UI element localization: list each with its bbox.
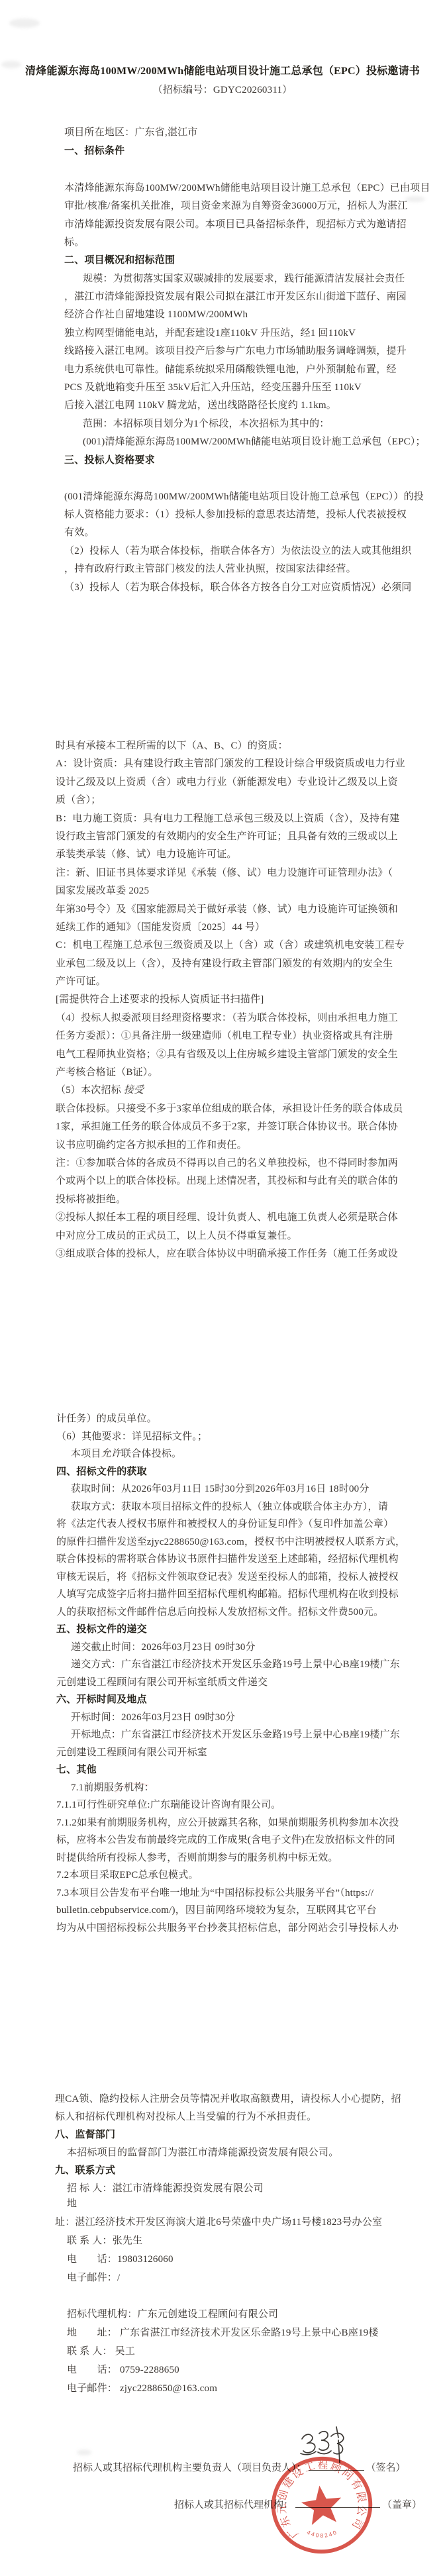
document-line: 范围：本招标项目划分为1个标段，本次招标为其中的：: [83, 418, 330, 431]
document-line: （2）投标人（若为联合体投标，指联合体各方）为依法设立的法人或其他组织: [64, 545, 412, 558]
document-line: 7.1.1可行性研究单位:广东瑞能设计咨询有限公司。: [56, 1799, 281, 1812]
document-line: 审核无误后，将《招标文件领取登记表》发送至投标人的邮箱，投标人被授权: [56, 1571, 399, 1584]
document-line: ③组成联合体的投标人，应在联合体协议中明确承接工作任务（施工任务或设: [56, 1248, 398, 1261]
document-line: 经济合作社自留地建设 1100MW/200MWh: [64, 309, 248, 321]
document-line: 址：湛江经济技术开发区海滨大道北6号荣盛中央广场11号楼1823号办公室: [55, 2216, 382, 2229]
document-line: （6）其他要求：详见招标文件。；: [56, 1431, 207, 1443]
document-line: 线路接入湛江电网。该项目投产后参与广东电力市场辅助服务调峰调频，提升: [64, 345, 407, 358]
document-line: 7.3本项目公告发布平台唯一地址为“中国招标投标公共服务平台”（https://: [56, 1887, 373, 1900]
document-line: 延续工作的通知》（国能发资质〔2025〕44 号）: [56, 921, 265, 934]
document-line: 标人和招标代理机构对投标人上当受骗的行为不承担责任。: [55, 2111, 317, 2124]
document-line: 产许可证。: [56, 976, 106, 988]
document-line: 地: [67, 2198, 77, 2210]
company-seal: 广东元创建设工程顾问有限公司 4408240: [259, 2442, 384, 2567]
document-line: 1家，承担施工任务的联合体成员不多于2家，并签订联合体协议书。联合体协: [56, 1121, 398, 1133]
document-line: ②投标人拟任本工程的项目经理、设计负责人、机电施工负责人必须是联合体: [56, 1211, 398, 1224]
document-line: 市清烽能源投资发展有限公司。本项目已具备招标条件，现招标方式为邀请招: [64, 219, 407, 231]
document-line: 后接入湛江电网 110kV 腾龙站，送出线路路径长度约 1.1km。: [64, 399, 336, 412]
document-line: 质（含）；: [56, 794, 101, 807]
document-line: 电 话：19803126060: [67, 2253, 173, 2266]
document-line: （3）投标人（若为联合体投标，联合体各方按各自分工对应资质情况）必须同: [64, 582, 412, 594]
document-line: ，湛江市清烽能源投资发展有限公司拟在湛江市开发区东山街道下蓝仔、南园: [64, 291, 407, 303]
document-line: 设行政主管部门颁发的有效期内的安全生产许可证；且具备有效的三级或以上: [56, 831, 398, 843]
document-line: 联 系 人：张先生: [67, 2235, 142, 2247]
document-line: 递交截止时间：2026年03月23日 09时30分: [71, 1641, 256, 1654]
document-line: 投标将被拒绝。: [56, 1194, 126, 1206]
document-line: 审批/核准/备案机关批准，项目资金来源为自筹资金36000万元，招标人为湛江: [64, 200, 407, 213]
document-line: 均为从中国招标投标公共服务平台抄袭其招标信息，部分网站会引导投标人办: [56, 1922, 399, 1935]
document-line: 产考核合格证（B证）。: [56, 1066, 158, 1079]
document-line: 将《法定代表人授权书原件和被授权人的身份证复印件》（复印件加盖公章）: [56, 1518, 393, 1531]
document-line: （招标编号：GDYC20260311）: [0, 84, 445, 97]
document-line: （5）本次招标 接受: [56, 1084, 144, 1097]
document-line: 7.2本项目采取EPC总承包模式。: [56, 1869, 199, 1882]
document-line: (001)清烽能源东海岛100MW/200MWh储能电站项目设计施工总承包（EP…: [83, 436, 426, 448]
document-line: 标，应将本公告发布前最终完成的工作成果(含电子文件)在发放招标文件的同: [56, 1834, 395, 1847]
document-line: 递交方式：广东省湛江市经济技术开发区乐金路19号上景中心B座19楼广东: [71, 1659, 400, 1671]
document-line: B：电力施工资质：具有电力工程施工总承包三级及以上资质（含），及持有建: [56, 813, 400, 825]
document-line: 年第30号令）及《国家能源局关于做好承装（修、试）电力设施许可证换领和: [56, 903, 398, 916]
document-line: 国家发展改革委 2025: [56, 885, 149, 898]
document-line: 承装类承装（修、试）电力设施许可证。: [56, 849, 237, 861]
document-line: 元创建设工程顾问有限公司开标室纸质文件递交: [56, 1676, 268, 1689]
document-line: 7.1前期服务机构：: [71, 1782, 154, 1794]
document-line: 个或两个以上的联合体投标。出现上述情况者，其投标和与此有关的联合体的: [56, 1175, 398, 1188]
document-line: 独立构网型储能电站，并配套建设1座110kV 升压站，经1 回110kV: [64, 327, 356, 340]
document-line: 一、招标条件: [64, 145, 124, 158]
seal-star-icon: [299, 2483, 344, 2526]
document-line: 本招标项目的监督部门为湛江市清烽能源投资发展有限公司。: [67, 2147, 338, 2159]
document-line: 地 址： 广东省湛江市经济技术开发区乐金路19号上景中心B座19楼: [67, 2327, 379, 2340]
document-line: 五、投标文件的递交: [56, 1623, 147, 1636]
document-line: 招 标 人：湛江市清烽能源投资发展有限公司: [67, 2183, 264, 2195]
document-line: 电气工程师执业资格；②具有省级及以上住房城乡建设主管部门颁发的安全生: [56, 1049, 398, 1061]
document-line: 六、开标时间及地点: [56, 1694, 147, 1706]
document-line: 元创建设工程顾问有限公司开标室: [56, 1747, 207, 1759]
document-line: bulletin.cebpubservice.com/)，因目前网络环境较为复杂…: [56, 1904, 377, 1917]
document-line: 规模：为贯彻落实国家双碳减排的发展要求，践行能源清洁发展社会责任: [83, 273, 405, 285]
seal-code-text: 4408240: [305, 2525, 339, 2541]
document-line: 招标代理机构：广东元创建设工程顾问有限公司: [67, 2308, 278, 2321]
document-line: 二、项目概况和招标范围: [64, 254, 175, 267]
document-line: 电子邮件： zjyc2288650@163.com: [67, 2383, 217, 2395]
document-line: 理CA锁、隐约投标人注册会员等情况并收取高额费用，请投标人小心提防，招: [55, 2093, 401, 2106]
document-line: 开标地点：广东省湛江市经济技术开发区乐金路19号上景中心B座19楼广东: [71, 1729, 400, 1741]
document-line: 联合体投标的需将联合体协议书原件扫描件发送至上述邮箱，经招标代理机构: [56, 1553, 399, 1566]
document-line: A：设计资质：具有建设行政主管部门颁发的工程设计综合甲级资质或电力行业: [56, 758, 405, 770]
document-line: 人填写完成签字后将扫描件回至招标代理机构邮箱。招标代理机构在收到投标: [56, 1588, 399, 1601]
document-line: [需提供符合上述要求的投标人资质证书扫描件]: [56, 994, 264, 1006]
document-line: 联合体投标。只接受不多于3家单位组成的联合体，承担设计任务的联合体成员: [56, 1103, 403, 1115]
document-line: 电子邮件：/: [67, 2272, 120, 2285]
document-line: 本清烽能源东海岛100MW/200MWh储能电站项目设计施工总承包（EPC）已由…: [64, 182, 430, 195]
document-line: 开标时间：2026年03月23日 09时30分: [71, 1712, 235, 1724]
document-line: 人的获取招标文件邮件信息后向投标人发放招标文件。招标文件费500元。: [56, 1606, 383, 1619]
scan-smudge: [405, 196, 425, 202]
document-line: 设计乙级及以上资质（含）或电力行业（新能源发电）专业设计乙级及以上资: [56, 776, 398, 789]
document-line: 九、联系方式: [55, 2165, 115, 2177]
document-line: 四、招标文件的获取: [56, 1466, 147, 1478]
document-line: 获取方式：获取本项目招标文件的投标人（独立体或联合体主办方），请: [71, 1501, 388, 1514]
document-line: 标。: [64, 236, 84, 249]
document-line: 任务方委派）：①具备注册一级建造师（机电工程专业）执业资格或具有注册: [56, 1030, 393, 1043]
document-line: （4）投标人拟委派项目经理资格要求：（若为联合体投标，则由承担电力施工: [56, 1012, 398, 1025]
document-line: 中对应分工成员的正式员工，以上人员不得重复兼任。: [56, 1230, 297, 1243]
document-line: 标人资格能力要求：（1）投标人参加投标的意思表达清楚，投标人代表被授权: [64, 509, 407, 521]
document-line: 本项目允许联合体投标。: [71, 1448, 181, 1461]
document-line: 的原件扫描件发送至zjyc2288650@163.com，授权书中注明被授权人联…: [56, 1536, 405, 1549]
document-line: PCS 及就地箱变升压至 35kV后汇入升压站，经变压器升压至 110kV: [64, 382, 362, 394]
document-line: 业承包二级及以上（含），及持有建设行政主管部门颁发的有效期内的安全生: [56, 958, 393, 970]
document-line: 清烽能源东海岛100MW/200MWh储能电站项目设计施工总承包（EPC）投标邀…: [0, 65, 445, 77]
document-line: 三、投标人资格要求: [64, 454, 155, 467]
document-line: 注：①参加联合体的各成员不得再以自己的名义单独投标，也不得同时参加两: [56, 1157, 398, 1170]
document-page: 招标人或其招标代理机构主要负责人（项目负责人）：（签名） 招标人或其招标代理机构…: [0, 0, 445, 2576]
document-line: 八、监督部门: [55, 2129, 115, 2141]
document-line: 时提供给所有投标人参考，否则前期参与的服务机构中标无效。: [56, 1852, 338, 1865]
document-line: 7.1.2如果有前期服务机构，应公开披露其名称，如果前期服务机构参加本次投: [56, 1817, 399, 1829]
document-line: 获取时间：从2026年03月11日 15时30分到2026年03月16日 18时…: [71, 1483, 370, 1496]
seal-suffix: （盖章）: [382, 2500, 422, 2510]
document-line: 七、其他: [56, 1764, 97, 1777]
document-line: 联 系 人： 吴工: [67, 2345, 135, 2358]
document-line: 有效。: [64, 527, 95, 539]
document-line: 议书应明确约定各方拟承担的工作和责任。: [56, 1139, 247, 1152]
document-line: 时具有承接本工程所需的以下（A、B、C）的资质：: [56, 740, 288, 752]
document-line: C：机电工程施工总承包三级资质及以上（含）或（含）或建筑机电安装工程专: [56, 939, 405, 952]
document-line: 电 话： 0759-2288650: [67, 2364, 179, 2377]
document-line: 电力系统供电可靠性。储能系统拟采用磷酸铁锂电池，户外预制舱布置，经: [64, 364, 397, 376]
document-line: (001清烽能源东海岛100MW/200MWh储能电站项目设计施工总承包（EPC…: [64, 491, 424, 503]
document-line: 项目所在地区：广东省,湛江市: [64, 127, 198, 139]
document-line: ，持有政府行政主管部门核发的法人营业执照，按国家法律经营。: [64, 563, 356, 576]
document-line: 注：新、旧证书具体要求详见《承装（修、试）电力设施许可证管理办法》（: [56, 867, 393, 880]
document-line: 计任务）的成员单位。: [56, 1413, 157, 1425]
scan-smudge: [9, 19, 40, 28]
